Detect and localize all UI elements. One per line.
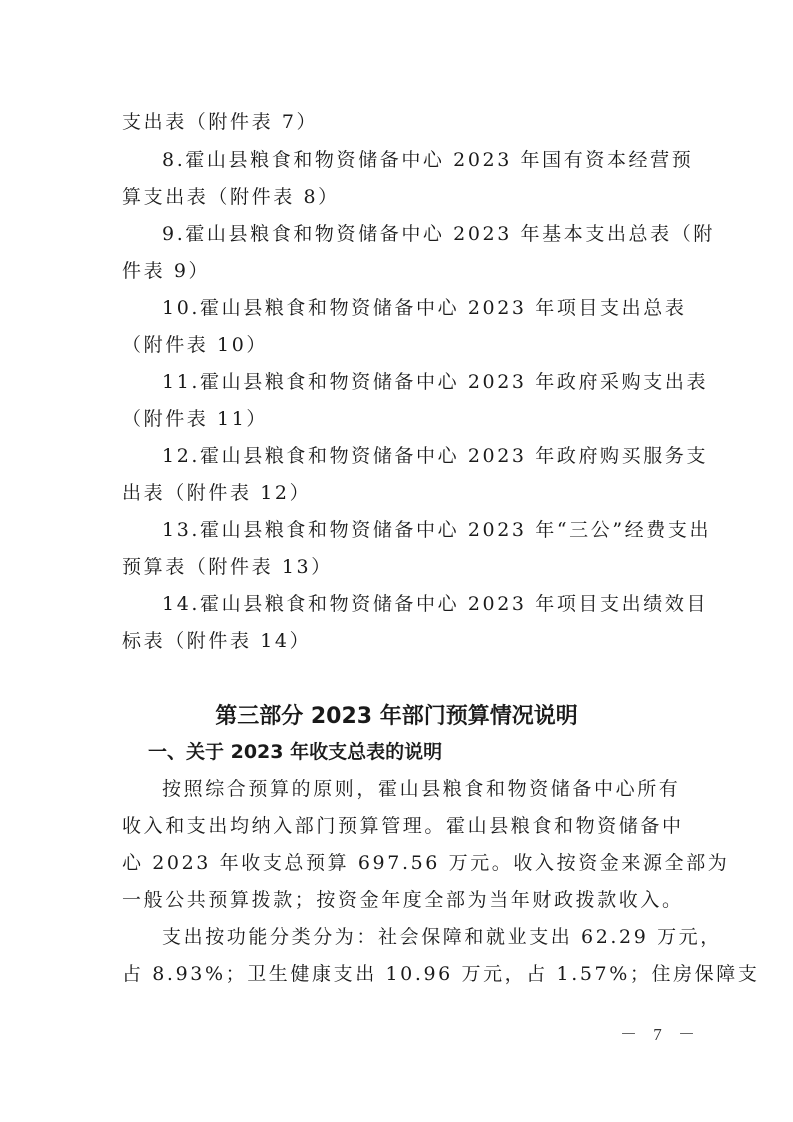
body-line: 支出按功能分类分为：社会保障和就业支出 62.29 万元， bbox=[162, 925, 674, 949]
list-line: 9.霍山县粮食和物资储备中心 2023 年基本支出总表（附 bbox=[162, 222, 674, 246]
body-line: 按照综合预算的原则，霍山县粮食和物资储备中心所有 bbox=[162, 777, 674, 801]
list-line: 出表（附件表 12） bbox=[122, 481, 674, 505]
list-line: （附件表 11） bbox=[122, 407, 674, 431]
section-heading: 第三部分 2023 年部门预算情况说明 bbox=[0, 703, 793, 731]
body-line: 收入和支出均纳入部门预算管理。霍山县粮食和物资储备中 bbox=[122, 814, 674, 838]
list-line: 11.霍山县粮食和物资储备中心 2023 年政府采购支出表 bbox=[162, 370, 674, 394]
body-line: 一般公共预算拨款；按资金年度全部为当年财政拨款收入。 bbox=[122, 888, 674, 912]
list-line: 支出表（附件表 7） bbox=[122, 110, 674, 134]
page-number: － 7 － bbox=[620, 1020, 701, 1045]
body-line: 心 2023 年收支总预算 697.56 万元。收入按资金来源全部为 bbox=[122, 851, 674, 875]
list-line: 12.霍山县粮食和物资储备中心 2023 年政府购买服务支 bbox=[162, 444, 674, 468]
list-line: 件表 9） bbox=[122, 259, 674, 283]
list-line: 预算表（附件表 13） bbox=[122, 555, 674, 579]
list-line: 8.霍山县粮食和物资储备中心 2023 年国有资本经营预 bbox=[162, 148, 674, 172]
list-line: （附件表 10） bbox=[122, 333, 674, 357]
list-line: 14.霍山县粮食和物资储备中心 2023 年项目支出绩效目 bbox=[162, 592, 674, 616]
list-line: 标表（附件表 14） bbox=[122, 629, 674, 653]
list-line: 10.霍山县粮食和物资储备中心 2023 年项目支出总表 bbox=[162, 296, 674, 320]
list-line: 算支出表（附件表 8） bbox=[122, 185, 674, 209]
subheading: 一、关于 2023 年收支总表的说明 bbox=[148, 740, 442, 764]
body-line: 占 8.93%；卫生健康支出 10.96 万元，占 1.57%；住房保障支 bbox=[122, 962, 674, 986]
list-line: 13.霍山县粮食和物资储备中心 2023 年“三公”经费支出 bbox=[162, 518, 674, 542]
